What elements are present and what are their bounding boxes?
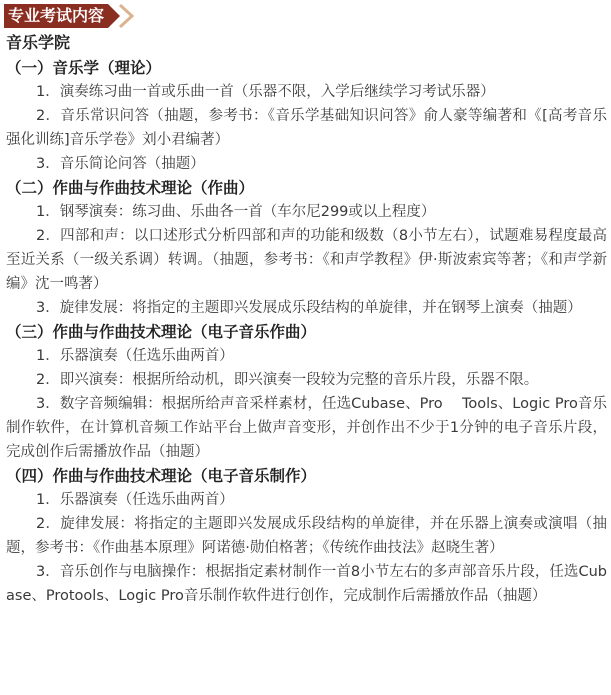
list-item: 2．即兴演奏：根据所给动机，即兴演奏一段较为完整的音乐片段，乐器不限。 xyxy=(6,368,607,392)
list-item: 2．音乐常识问答（抽题，参考书：《音乐学基础知识问答》俞人豪等编著和《[高考音乐… xyxy=(6,104,607,152)
list-item: 1．演奏练习曲一首或乐曲一首（乐器不限，入学后继续学习考试乐器） xyxy=(6,80,607,104)
list-item: 3．音乐创作与电脑操作：根据指定素材制作一首8小节左右的多声部音乐片段，任选Cu… xyxy=(6,560,607,608)
list-item: 3．旋律发展：将指定的主题即兴发展成乐段结构的单旋律，并在钢琴上演奏（抽题） xyxy=(6,296,607,320)
section-2: （二）作曲与作曲技术理论（作曲） 1．钢琴演奏：练习曲、乐曲各一首（车尔尼299… xyxy=(6,176,607,320)
list-item: 1．钢琴演奏：练习曲、乐曲各一首（车尔尼299或以上程度） xyxy=(6,200,607,224)
section-3: （三）作曲与作曲技术理论（电子音乐作曲） 1．乐器演奏（任选乐曲两首） 2．即兴… xyxy=(6,320,607,464)
section-banner: 专业考试内容 xyxy=(4,4,120,28)
chevron-right-icon xyxy=(118,4,140,28)
banner-title: 专业考试内容 xyxy=(4,4,108,28)
section-title: （一）音乐学（理论） xyxy=(6,56,607,80)
list-item: 3．音乐简论问答（抽题） xyxy=(6,152,607,176)
section-title: （二）作曲与作曲技术理论（作曲） xyxy=(6,176,607,200)
section-4: （四）作曲与作曲技术理论（电子音乐制作） 1．乐器演奏（任选乐曲两首） 2．旋律… xyxy=(6,464,607,608)
list-item: 1．乐器演奏（任选乐曲两首） xyxy=(6,344,607,368)
list-item: 2．旋律发展：将指定的主题即兴发展成乐段结构的单旋律，并在乐器上演奏或演唱（抽题… xyxy=(6,512,607,560)
section-title: （四）作曲与作曲技术理论（电子音乐制作） xyxy=(6,464,607,488)
list-item: 3．数字音频编辑：根据所给声音采样素材，任选Cubase、Pro Tools、L… xyxy=(6,392,607,464)
list-item: 1．乐器演奏（任选乐曲两首） xyxy=(6,488,607,512)
section-title: （三）作曲与作曲技术理论（电子音乐作曲） xyxy=(6,320,607,344)
exam-content: 音乐学院 （一）音乐学（理论） 1．演奏练习曲一首或乐曲一首（乐器不限，入学后继… xyxy=(6,32,607,608)
list-item: 2．四部和声：以口述形式分析四部和声的功能和级数（8小节左右），试题难易程度最高… xyxy=(6,224,607,296)
section-1: （一）音乐学（理论） 1．演奏练习曲一首或乐曲一首（乐器不限，入学后继续学习考试… xyxy=(6,56,607,176)
college-name: 音乐学院 xyxy=(6,32,607,54)
